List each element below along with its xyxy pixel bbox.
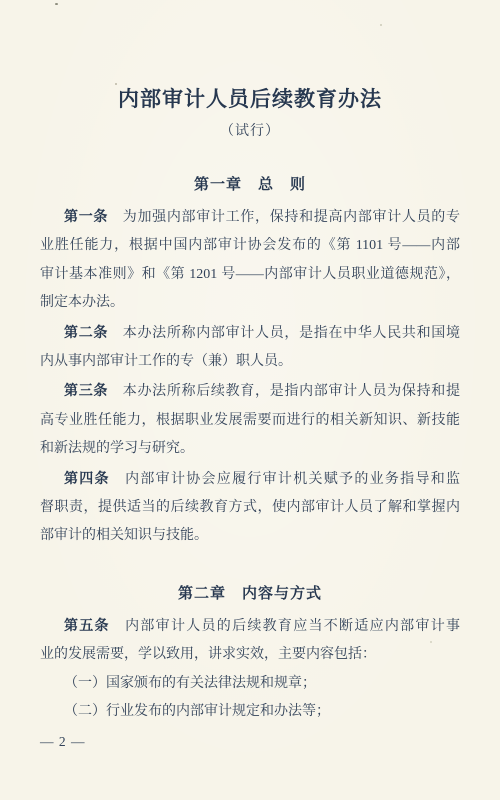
paragraph: 第四条 内部审计协会应履行审计机关赋予的业务指导和监督职责，提供适当的后续教育方… [40,464,460,551]
paragraph-line: 和新法规的学习与研究。 [40,435,460,463]
paragraph-line: （二）行业发布的内部审计规定和办法等； [40,698,460,726]
page-number: — 2 — [40,733,460,751]
paragraph-line: 第三条 本办法所称后续教育，是指内部审计人员为保持和提 [40,376,460,406]
chapter-heading: 第一章 总 则 [40,174,460,196]
paragraph: （二）行业发布的内部审计规定和办法等； [40,698,460,726]
scanned-document-page: 内部审计人员后续教育办法 （试行） 第一章 总 则第一条 为加强内部审计工作，保… [0,0,500,800]
paragraph-line: 第一条 为加强内部审计工作，保持和提高内部审计人员的专 [40,202,460,232]
paragraph-line: 审计基本准则》和《第 1201 号——内部审计人员职业道德规范》， [40,261,460,289]
paragraph: （一）国家颁布的有关法律法规和规章； [40,670,460,698]
paragraph: 第一条 为加强内部审计工作，保持和提高内部审计人员的专业胜任能力，根据中国内部审… [40,202,460,318]
article-number: 第四条 [64,470,110,486]
paragraph: 第二条 本办法所称内部审计人员，是指在中华人民共和国境内从事内部审计工作的专（兼… [40,318,460,377]
scan-speck [380,24,382,26]
paragraph-line: 督职责，提供适当的后续教育方式，使内部审计人员了解和掌握内 [40,494,460,522]
document-title: 内部审计人员后续教育办法 [40,86,460,112]
paragraph-line: 第二条 本办法所称内部审计人员，是指在中华人民共和国境 [40,318,460,348]
scan-speck [430,641,432,643]
document-subtitle: （试行） [40,122,460,142]
scan-speck [55,3,58,5]
paragraph: 第五条 内部审计人员的后续教育应当不断适应内部审计事业的发展需要，学以致用，讲求… [40,611,460,670]
paragraph-line: 内从事内部审计工作的专（兼）职人员。 [40,348,460,376]
article-number: 第一条 [64,208,108,224]
paragraph-line: （一）国家颁布的有关法律法规和规章； [40,670,460,698]
paragraph-line: 高专业胜任能力，根据职业发展需要而进行的相关新知识、新技能 [40,407,460,435]
paragraph: 第三条 本办法所称后续教育，是指内部审计人员为保持和提高专业胜任能力，根据职业发… [40,376,460,463]
document-blocks: 第一章 总 则第一条 为加强内部审计工作，保持和提高内部审计人员的专业胜任能力，… [40,174,460,727]
article-number: 第二条 [64,324,108,340]
article-number: 第三条 [64,382,108,398]
paragraph-line: 业的发展需要，学以致用，讲求实效，主要内容包括： [40,641,460,669]
scan-speck [115,83,117,85]
paragraph-line: 业胜任能力，根据中国内部审计协会发布的《第 1101 号——内部 [40,232,460,260]
paragraph-line: 制定本办法。 [40,289,460,317]
paragraph-line: 第四条 内部审计协会应履行审计机关赋予的业务指导和监 [40,464,460,494]
paragraph-line: 第五条 内部审计人员的后续教育应当不断适应内部审计事 [40,611,460,641]
article-number: 第五条 [64,617,110,633]
chapter-heading: 第二章 内容与方式 [40,583,460,605]
paragraph-line: 部审计的相关知识与技能。 [40,522,460,550]
document-content: 内部审计人员后续教育办法 （试行） 第一章 总 则第一条 为加强内部审计工作，保… [0,0,500,751]
